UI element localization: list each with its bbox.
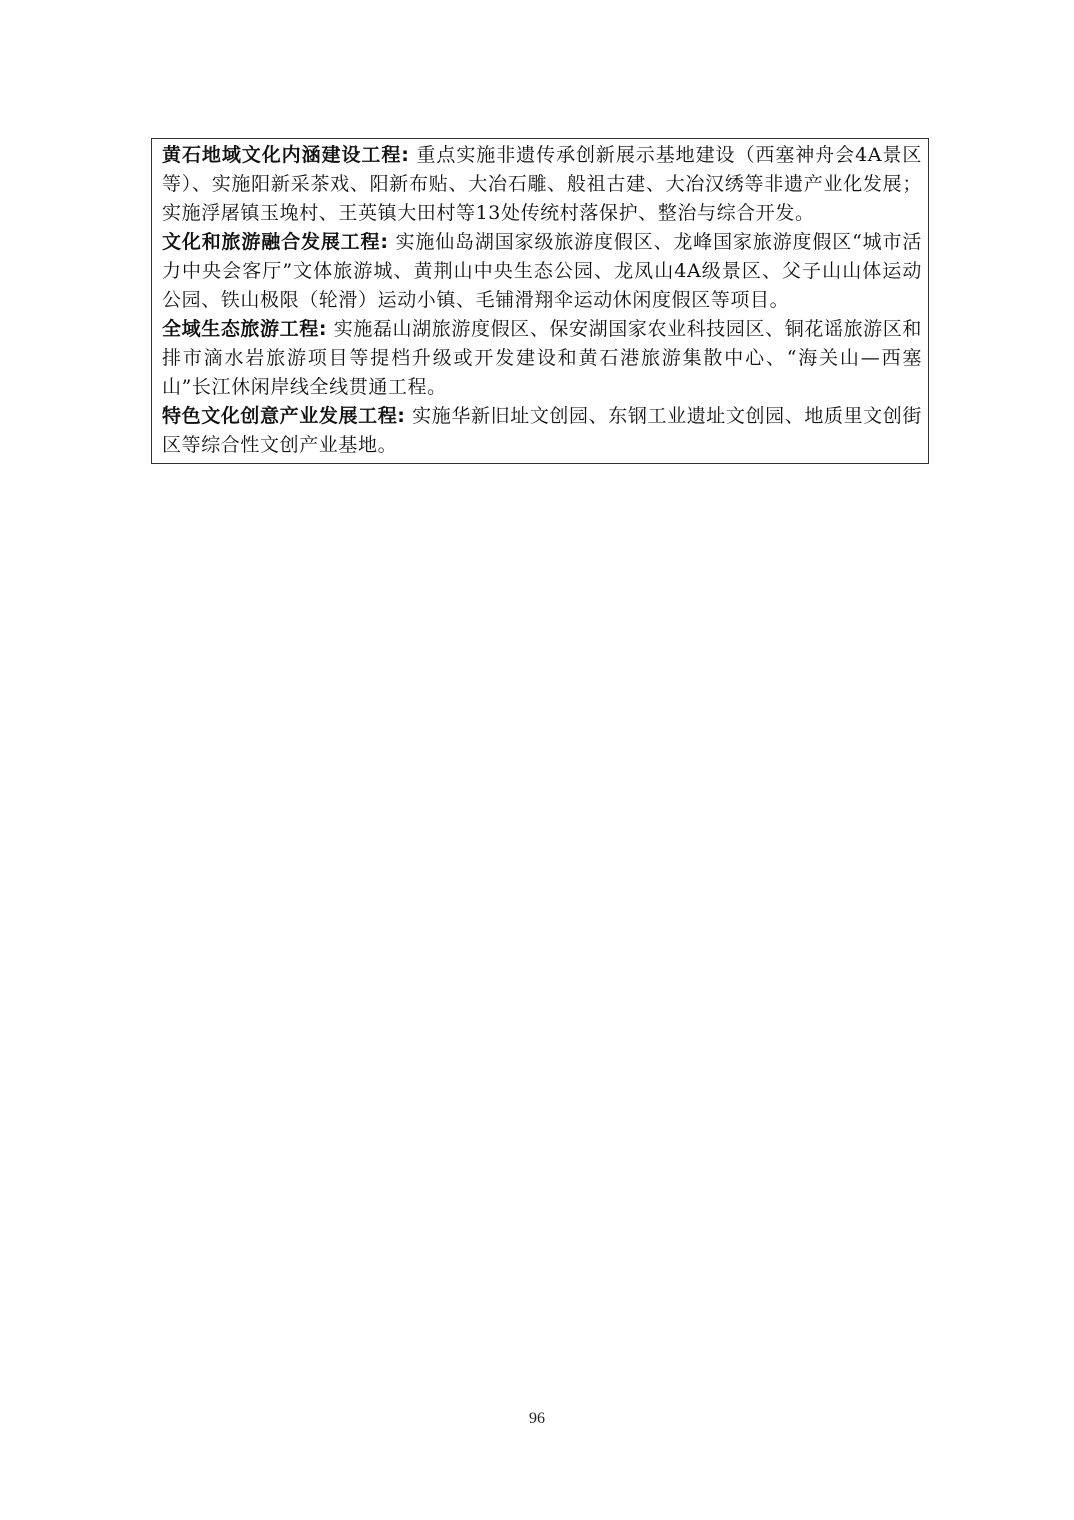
paragraph-heading: 文化和旅游融合发展工程: [162,231,389,253]
paragraph-creative-industry: 特色文化创意产业发展工程: 实施华新旧址文创园、东钢工业遗址文创园、地质里文创街… [162,402,922,460]
project-list-box: 黄石地域文化内涵建设工程: 重点实施非遗传承创新展示基地建设（西塞神舟会4A景区… [151,138,929,464]
paragraph-heading: 黄石地域文化内涵建设工程: [162,144,409,166]
paragraph-heading: 特色文化创意产业发展工程: [162,405,406,427]
paragraph-eco-tourism: 全域生态旅游工程: 实施磊山湖旅游度假区、保安湖国家农业科技园区、铜花谣旅游区和… [162,315,922,402]
paragraph-culture-tourism-integration: 文化和旅游融合发展工程: 实施仙岛湖国家级旅游度假区、龙峰国家旅游度假区“城市活… [162,228,922,315]
paragraph-cultural-connotation: 黄石地域文化内涵建设工程: 重点实施非遗传承创新展示基地建设（西塞神舟会4A景区… [162,141,922,228]
page-number: 96 [0,1410,1074,1428]
paragraph-heading: 全域生态旅游工程: [162,318,327,340]
